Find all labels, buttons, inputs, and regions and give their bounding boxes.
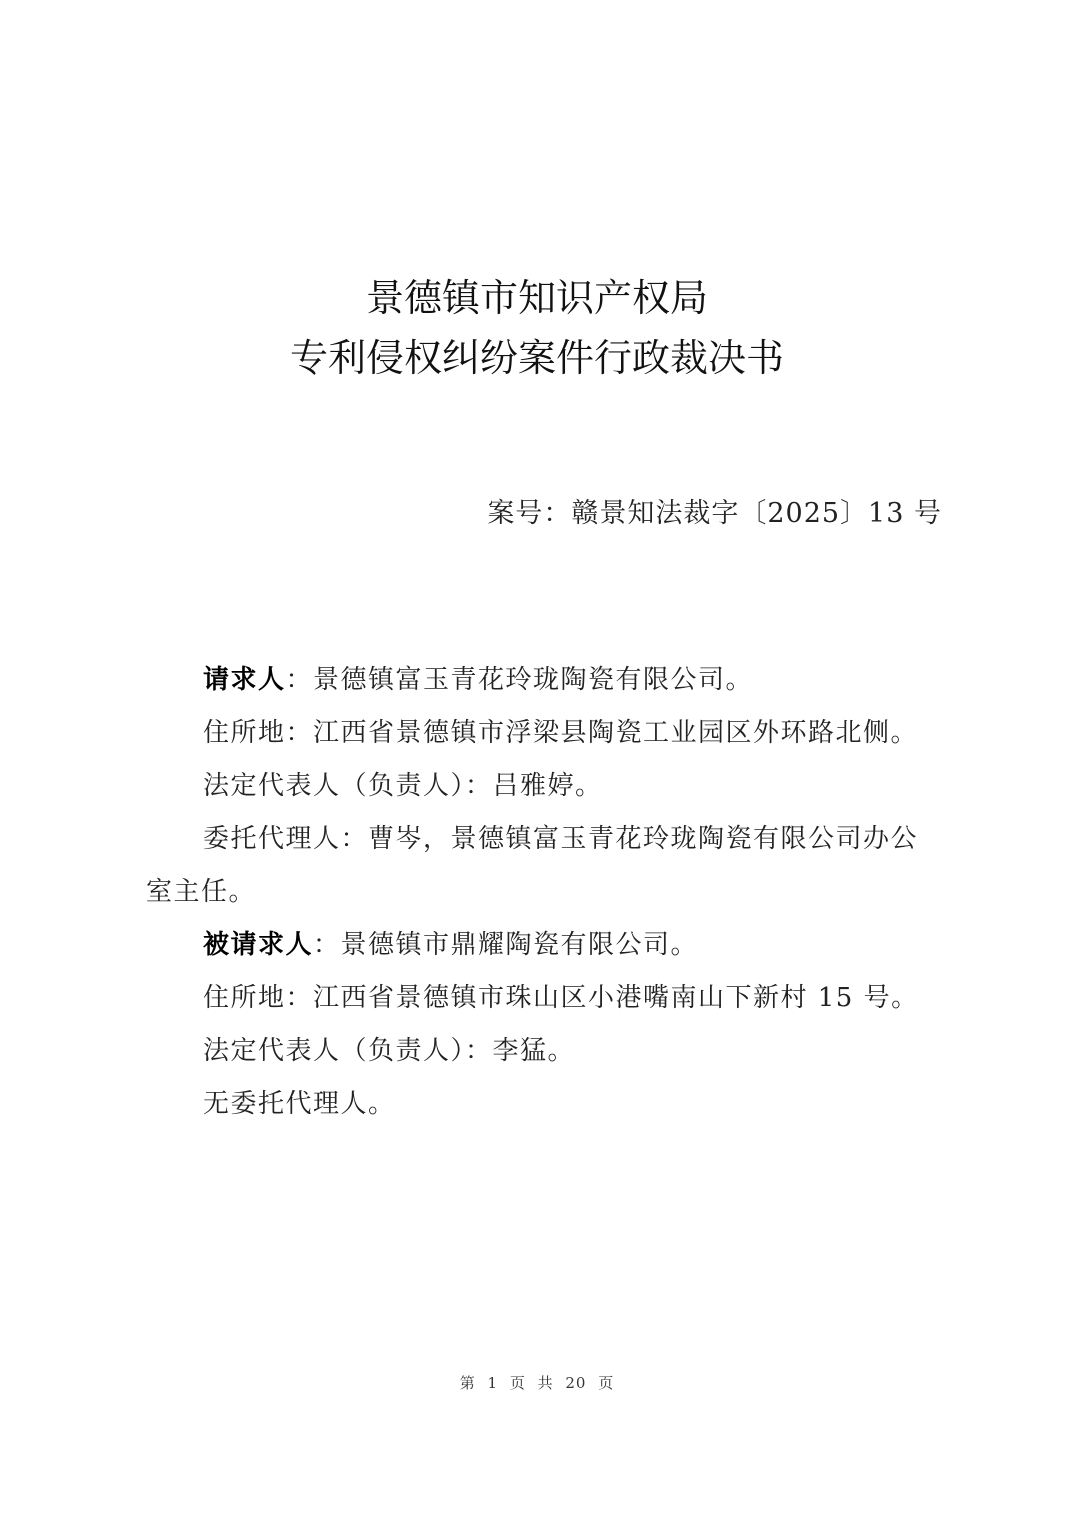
title-document-type: 专利侵权纠纷案件行政裁决书 bbox=[0, 328, 1074, 388]
paragraph-respondent-agent: 无委托代理人。 bbox=[146, 1078, 942, 1131]
paragraph-respondent-legal-rep: 法定代表人（负责人）：李猛。 bbox=[146, 1025, 942, 1078]
case-number: 案号：赣景知法裁字〔2025〕13 号 bbox=[487, 494, 942, 534]
respondent-label: 被请求人 bbox=[203, 930, 313, 960]
paragraph-respondent: 被请求人：景德镇市鼎耀陶瓷有限公司。 bbox=[146, 919, 942, 972]
page-number-footer: 第 1 页 共 20 页 bbox=[0, 1372, 1074, 1393]
paragraph-requester: 请求人：景德镇富玉青花玲珑陶瓷有限公司。 bbox=[146, 654, 942, 707]
document-page: 景德镇市知识产权局 专利侵权纠纷案件行政裁决书 案号：赣景知法裁字〔2025〕1… bbox=[0, 0, 1074, 1520]
paragraph-requester-legal-rep: 法定代表人（负责人）：吕雅婷。 bbox=[146, 760, 942, 813]
requester-name: ：景德镇富玉青花玲珑陶瓷有限公司。 bbox=[286, 665, 754, 695]
paragraph-requester-address: 住所地：江西省景德镇市浮梁县陶瓷工业园区外环路北侧。 bbox=[146, 707, 942, 760]
respondent-name: ：景德镇市鼎耀陶瓷有限公司。 bbox=[313, 930, 698, 960]
paragraph-requester-agent: 委托代理人：曹岑，景德镇富玉青花玲珑陶瓷有限公司办公室主任。 bbox=[146, 813, 942, 919]
paragraph-respondent-address: 住所地：江西省景德镇市珠山区小港嘴南山下新村 15 号。 bbox=[146, 972, 942, 1025]
parties-section: 请求人：景德镇富玉青花玲珑陶瓷有限公司。 住所地：江西省景德镇市浮梁县陶瓷工业园… bbox=[146, 654, 942, 1131]
title-issuer: 景德镇市知识产权局 bbox=[0, 268, 1074, 328]
document-title: 景德镇市知识产权局 专利侵权纠纷案件行政裁决书 bbox=[0, 268, 1074, 388]
requester-label: 请求人 bbox=[203, 665, 286, 695]
